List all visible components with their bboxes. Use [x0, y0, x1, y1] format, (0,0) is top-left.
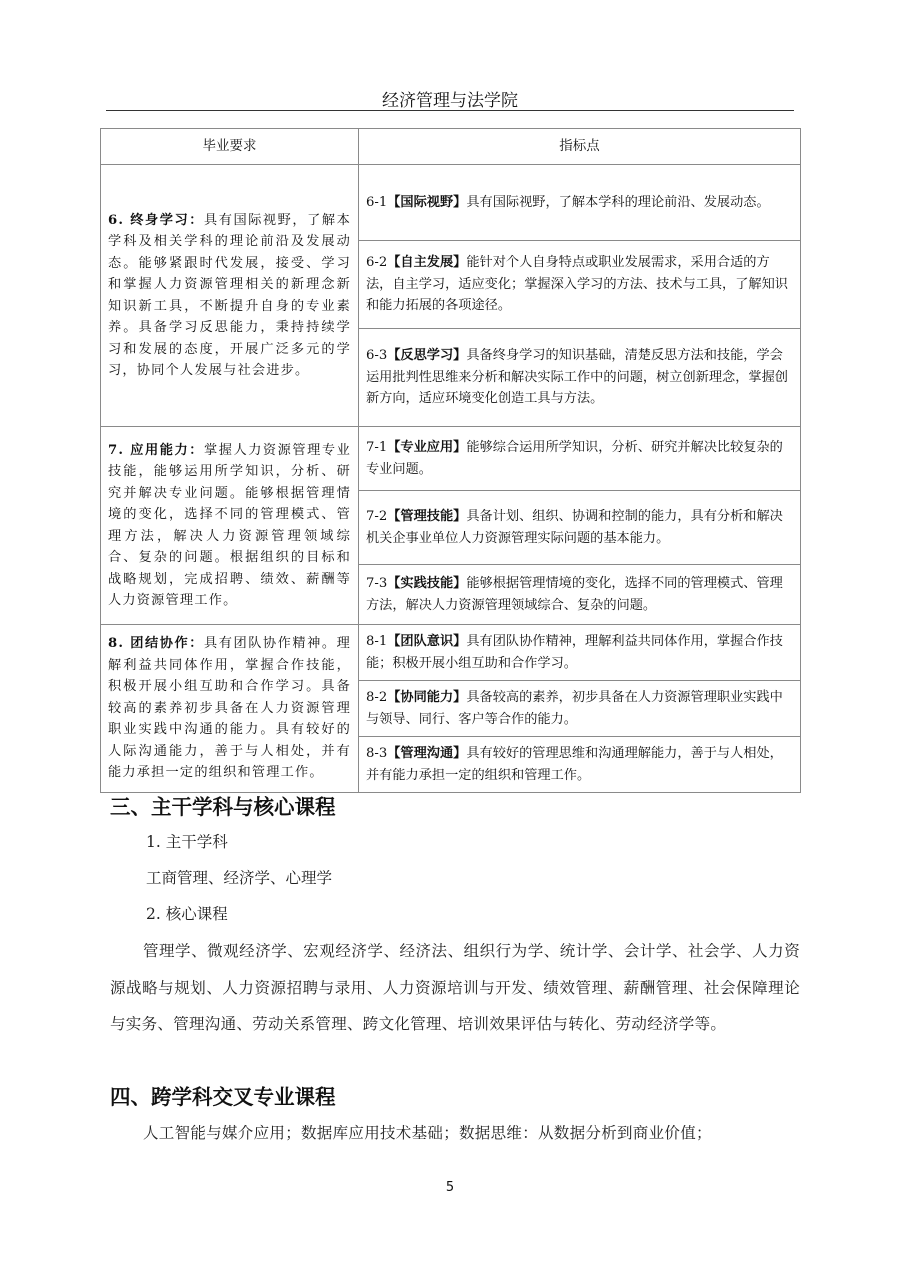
indicator-cell: 7-1【专业应用】能够综合运用所学知识，分析、研究并解决比较复杂的专业问题。 [359, 427, 801, 491]
column-header-indicator: 指标点 [359, 129, 801, 165]
indicator-cell: 7-2【管理技能】具备计划、组织、协调和控制的能力，具有分析和解决机关企事业单位… [359, 491, 801, 565]
indicator-code: 8-3 [366, 746, 387, 761]
indicator-code: 6-3 [366, 348, 387, 363]
requirement-label: 6. 终身学习： [108, 213, 204, 228]
subheading-main-disciplines: 1. 主干学科 [146, 824, 836, 860]
interdisciplinary-courses-text: 人工智能与媒介应用；数据库应用技术基础；数据思维：从数据分析到商业价值； [110, 1115, 800, 1152]
indicator-tag: 【管理技能】 [387, 509, 466, 524]
indicator-cell: 8-1【团队意识】具有团队协作精神，理解利益共同体作用，掌握合作技能；积极开展小… [359, 625, 801, 681]
document-header-title: 经济管理与法学院 [100, 86, 800, 111]
indicator-tag: 【团队意识】 [387, 634, 466, 649]
indicator-code: 6-2 [366, 255, 387, 270]
indicator-cell: 8-2【协同能力】具备较高的素养，初步具备在人力资源管理职业实践中与领导、同行、… [359, 681, 801, 737]
indicator-text: 具有国际视野，了解本学科的理论前沿、发展动态。 [466, 195, 769, 210]
indicator-code: 7-1 [366, 440, 387, 455]
indicator-code: 6-1 [366, 195, 387, 210]
table-header-row: 毕业要求 指标点 [101, 129, 801, 165]
indicator-tag: 【专业应用】 [387, 440, 466, 455]
graduation-requirements-table: 毕业要求 指标点 6. 终身学习：具有国际视野，了解本学科及相关学科的理论前沿及… [100, 128, 801, 793]
indicator-code: 8-2 [366, 690, 387, 705]
section-heading-core-disciplines: 三、主干学科与核心课程 [110, 790, 336, 820]
indicator-tag: 【实践技能】 [387, 576, 466, 591]
requirement-label: 7. 应用能力： [108, 443, 204, 458]
indicator-cell: 6-3【反思学习】具备终身学习的知识基础，清楚反思方法和技能，学会运用批判性思维… [359, 329, 801, 427]
indicator-cell: 7-3【实践技能】能够根据管理情境的变化，选择不同的管理模式、管理方法，解决人力… [359, 565, 801, 625]
main-disciplines-text: 工商管理、经济学、心理学 [146, 860, 836, 896]
requirement-text: 具有国际视野，了解本学科及相关学科的理论前沿及发展动态。能够紧跟时代发展，接受、… [108, 213, 351, 379]
indicator-tag: 【协同能力】 [387, 690, 466, 705]
indicator-code: 8-1 [366, 634, 387, 649]
indicator-cell: 6-1【国际视野】具有国际视野，了解本学科的理论前沿、发展动态。 [359, 165, 801, 241]
table-row: 8. 团结协作：具有团队协作精神。理解利益共同体作用，掌握合作技能，积极开展小组… [101, 625, 801, 681]
indicator-tag: 【国际视野】 [387, 195, 466, 210]
indicator-cell: 6-2【自主发展】能针对个人自身特点或职业发展需求，采用合适的方法，自主学习，适… [359, 241, 801, 329]
requirement-cell-6: 6. 终身学习：具有国际视野，了解本学科及相关学科的理论前沿及发展动态。能够紧跟… [101, 165, 359, 427]
indicator-code: 7-2 [366, 509, 387, 524]
requirement-cell-8: 8. 团结协作：具有团队协作精神。理解利益共同体作用，掌握合作技能，积极开展小组… [101, 625, 359, 793]
requirement-label: 8. 团结协作： [108, 636, 204, 651]
header-divider [106, 110, 794, 111]
column-header-requirement: 毕业要求 [101, 129, 359, 165]
section-heading-interdisciplinary: 四、跨学科交叉专业课程 [110, 1080, 336, 1110]
table-row: 7. 应用能力：掌握人力资源管理专业技能，能够运用所学知识，分析、研究并解决专业… [101, 427, 801, 491]
indicator-cell: 8-3【管理沟通】具有较好的管理思维和沟通理解能力，善于与人相处，并有能力承担一… [359, 737, 801, 793]
requirement-cell-7: 7. 应用能力：掌握人力资源管理专业技能，能够运用所学知识，分析、研究并解决专业… [101, 427, 359, 625]
requirement-text: 具有团队协作精神。理解利益共同体作用，掌握合作技能，积极开展小组互助和合作学习。… [108, 636, 351, 780]
indicator-tag: 【管理沟通】 [387, 746, 466, 761]
indicator-tag: 【自主发展】 [387, 255, 466, 270]
page-number: 5 [0, 1180, 900, 1195]
table-row: 6. 终身学习：具有国际视野，了解本学科及相关学科的理论前沿及发展动态。能够紧跟… [101, 165, 801, 241]
requirement-text: 掌握人力资源管理专业技能，能够运用所学知识，分析、研究并解决专业问题。能够根据管… [108, 443, 351, 609]
subheading-core-courses: 2. 核心课程 [146, 896, 836, 932]
indicator-code: 7-3 [366, 576, 387, 591]
core-courses-paragraph: 管理学、微观经济学、宏观经济学、经济法、组织行为学、统计学、会计学、社会学、人力… [110, 933, 800, 1043]
indicator-tag: 【反思学习】 [387, 348, 466, 363]
